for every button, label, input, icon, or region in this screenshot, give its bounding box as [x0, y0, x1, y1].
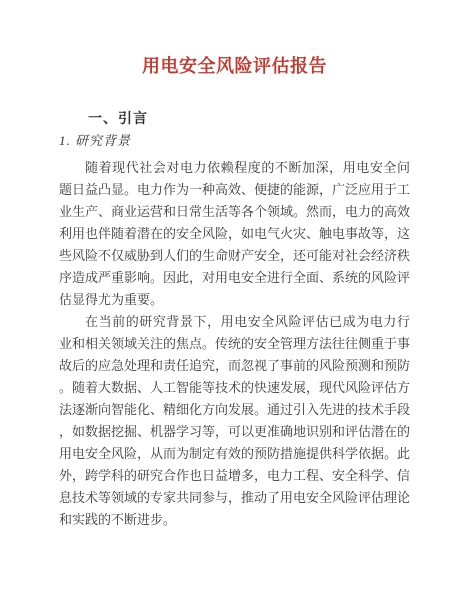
paragraph-line: 用电安全风险，从而为制定有效的预防措施提供科学依据。此 [59, 443, 410, 465]
paragraph-line: 。随着大数据、人工智能等技术的快速发展，现代风险评估方 [59, 377, 410, 399]
paragraph-line: 法逐渐向智能化、精细化方向发展。通过引入先进的技术手段 [59, 399, 410, 421]
paragraph-line: ，如数据挖掘、机器学习等，可以更准确地识别和评估潜在的 [59, 421, 410, 443]
body-paragraph-1: 随着现代社会对电力依赖程度的不断加深，用电安全问题日益凸显。电力作为一种高效、便… [59, 157, 410, 311]
body-paragraph-2: 在当前的研究背景下，用电安全风险评估已成为电力行业和相关领域关注的焦点。传统的安… [59, 311, 410, 531]
paragraph-line: 些风险不仅威胁到人们的生命财产安全，还可能对社会经济秩 [59, 245, 410, 267]
paragraph-line: 业生产、商业运营和日常生活等各个领域。然而，电力的高效 [59, 201, 410, 223]
paragraph-line: 在当前的研究背景下，用电安全风险评估已成为电力行 [59, 311, 410, 333]
paragraph-line: 息技术等领域的专家共同参与，推动了用电安全风险评估理论 [59, 487, 410, 509]
paragraph-line: 业和相关领域关注的焦点。传统的安全管理方法往往侧重于事 [59, 333, 410, 355]
paragraph-line: 故后的应急处理和责任追究，而忽视了事前的风险预测和预防 [59, 355, 410, 377]
paragraph-line: 和实践的不断进步。 [59, 509, 410, 531]
paragraph-line: 估显得尤为重要。 [59, 289, 410, 311]
section-heading-introduction: 一、引言 [88, 110, 410, 126]
paragraph-line: 随着现代社会对电力依赖程度的不断加深，用电安全问 [59, 157, 410, 179]
paragraph-line: 题日益凸显。电力作为一种高效、便捷的能源，广泛应用于工 [59, 179, 410, 201]
paragraph-line: 外，跨学科的研究合作也日益增多，电力工程、安全科学、信 [59, 465, 410, 487]
paragraph-line: 利用也伴随着潜在的安全风险，如电气火灾、触电事故等，这 [59, 223, 410, 245]
document-title: 用电安全风险评估报告 [59, 55, 410, 77]
paragraph-line: 序造成严重影响。因此，对用电安全进行全面、系统的风险评 [59, 267, 410, 289]
document-page: 用电安全风险评估报告 一、引言 1. 研究背景 随着现代社会对电力依赖程度的不断… [0, 0, 463, 600]
subsection-heading-research-background: 1. 研究背景 [59, 133, 410, 149]
